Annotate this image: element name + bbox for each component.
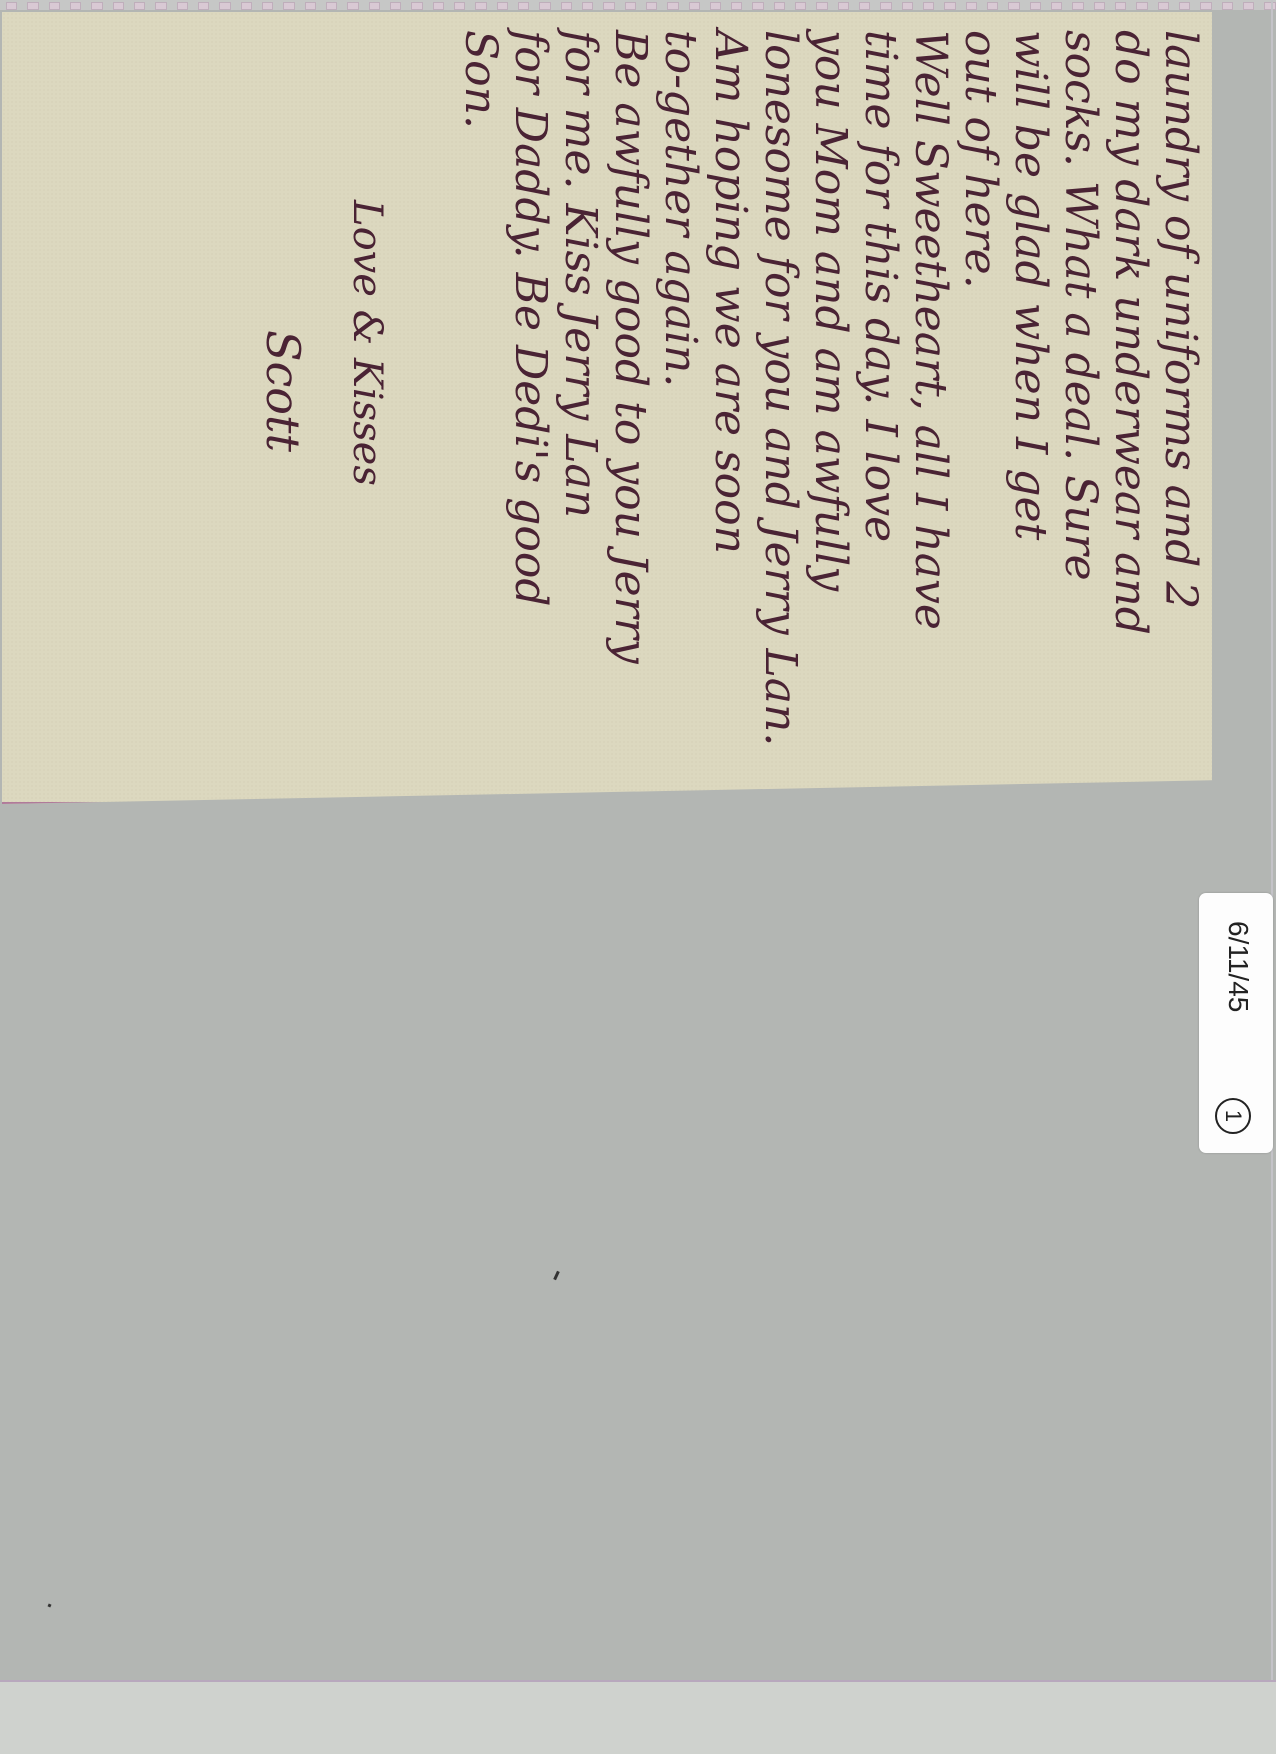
letter-closing: Love & Kisses <box>344 200 390 486</box>
label-date: 6/11/45 <box>1222 921 1254 1012</box>
letter-line: laundry of uniforms and 2 <box>1155 30 1205 790</box>
letter-line: do my dark underwear and <box>1105 30 1155 790</box>
letter-signature: Scott <box>256 330 310 452</box>
label-page-number: 1 <box>1215 1098 1251 1134</box>
letter-line: Son. <box>455 30 505 790</box>
sleeve-right-edge <box>1271 0 1273 1680</box>
letter-line: time for this day. I love <box>855 30 905 790</box>
sleeve-perforation-strip <box>0 0 1276 10</box>
dust-speck <box>553 1271 560 1280</box>
letter-line: lonesome for you and Jerry Lan. <box>755 30 805 790</box>
letter-line: you Mom and am awfully <box>805 30 855 790</box>
letter-line: socks. What a deal. Sure <box>1055 30 1105 790</box>
letter-line: for me. Kiss Jerry Lan <box>555 30 605 790</box>
letter-line: out of here. <box>955 30 1005 790</box>
sleeve-bottom-edge <box>0 1680 1276 1754</box>
letter-line: to-gether again. <box>655 30 705 790</box>
letter-line: Am hoping we are soon <box>705 30 755 790</box>
letter-line: for Daddy. Be Dedi's good <box>505 30 555 790</box>
archival-label: 6/11/45 1 <box>1199 893 1273 1153</box>
letter-line: Well Sweetheart, all I have <box>905 30 955 790</box>
dust-speck <box>48 1604 52 1608</box>
letter-body: laundry of uniforms and 2 do my dark und… <box>455 30 1205 790</box>
letter-line: will be glad when I get <box>1005 30 1055 790</box>
letter-line: Be awfully good to you Jerry <box>605 30 655 790</box>
